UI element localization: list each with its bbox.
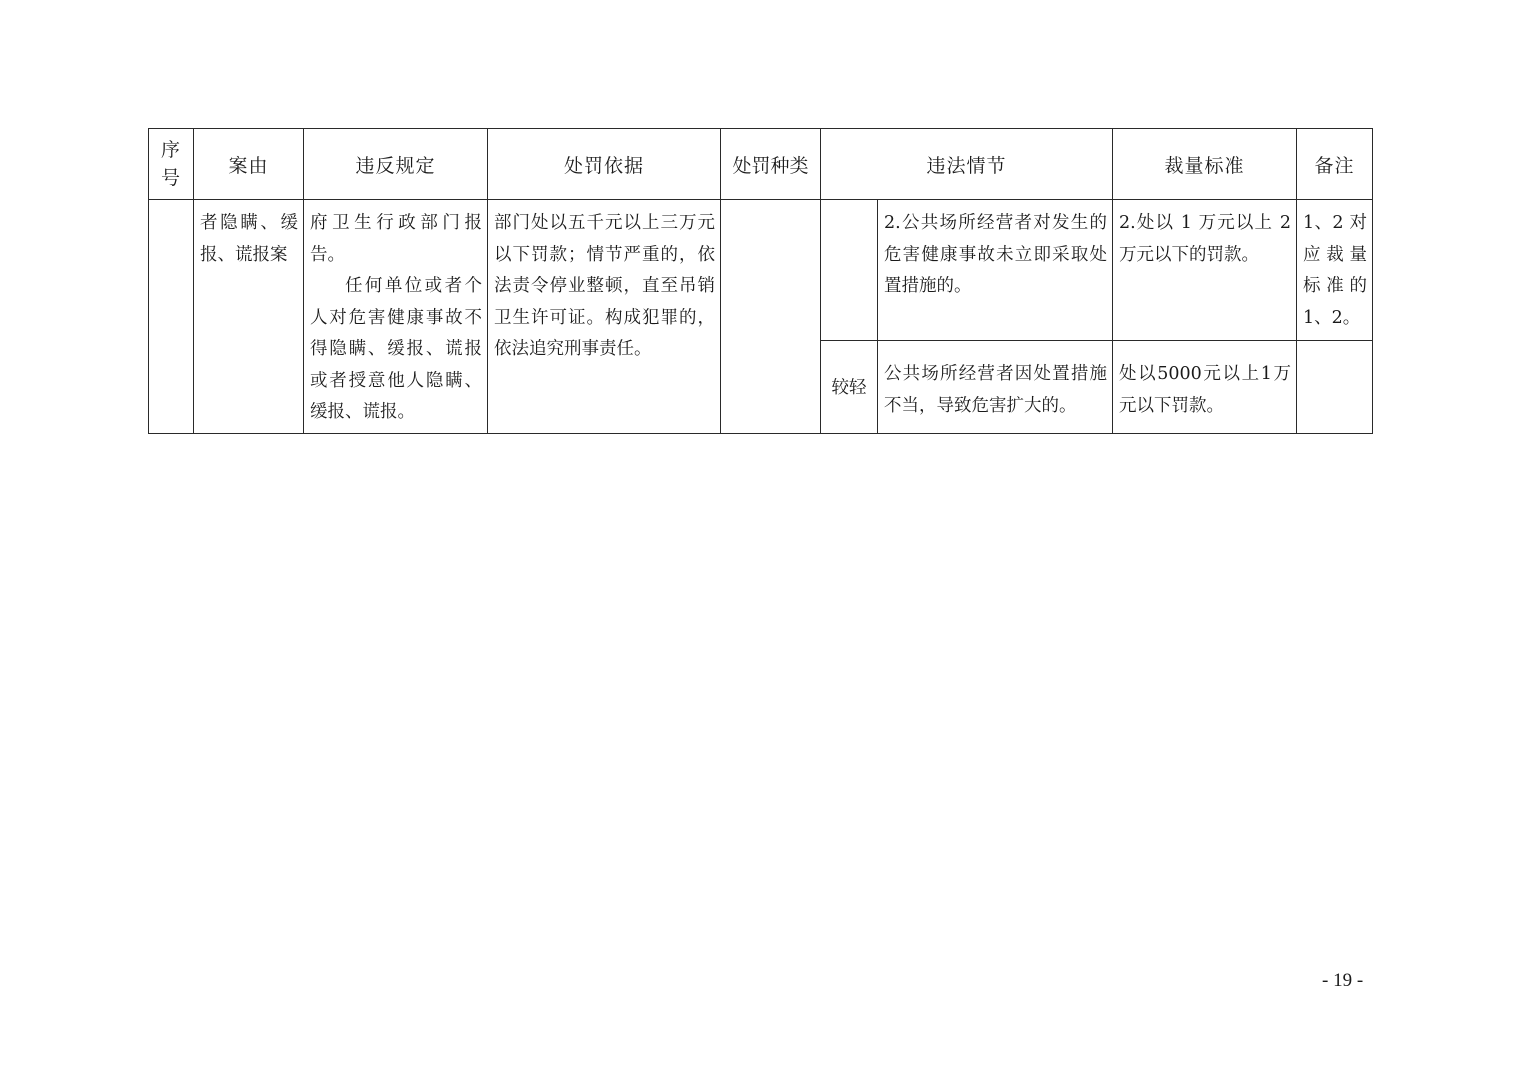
- page-number: - 19 -: [1322, 970, 1363, 992]
- seq-text: [149, 200, 193, 212]
- header-row: 序 号 案由 违反规定 处罚依据 处罚种类 违法情节 裁量标准 备注: [149, 129, 1373, 200]
- penalty-discretion-table: 序 号 案由 违反规定 处罚依据 处罚种类 违法情节 裁量标准 备注 者隐瞒、缓…: [148, 128, 1373, 434]
- header-standard: 裁量标准: [1113, 129, 1297, 200]
- cell-cause: 者隐瞒、缓报、谎报案: [194, 200, 304, 434]
- remarks-text: 1、2 对应裁量标准的 1、2。: [1297, 200, 1372, 338]
- cell-circumstance: 公共场所经营者因处置措施不当，导致危害扩大的。: [878, 341, 1113, 433]
- header-circumstances: 违法情节: [821, 129, 1113, 200]
- cell-penalty-type: [721, 200, 821, 434]
- circumstance-text: 公共场所经营者因处置措施不当，导致危害扩大的。: [878, 341, 1112, 426]
- cell-basis: 部门处以五千元以上三万元以下罚款；情节严重的，依法责令停业整顿，直至吊销卫生许可…: [488, 200, 721, 434]
- header-remarks: 备注: [1297, 129, 1373, 200]
- cell-remarks: [1297, 341, 1373, 433]
- cell-level: 较轻: [821, 341, 878, 433]
- cell-standard: 处以5000元以上1万元以下罚款。: [1113, 341, 1297, 433]
- violation-paragraph-1: 府卫生行政部门报告。: [310, 208, 482, 271]
- penalty-type-text: [721, 200, 820, 212]
- level-text: 较轻: [821, 374, 877, 399]
- header-penalty-type: 处罚种类: [721, 129, 821, 200]
- cell-violation: 府卫生行政部门报告。任何单位或者个人对危害健康事故不得隐瞒、缓报、谎报或者授意他…: [304, 200, 488, 434]
- table-row: 者隐瞒、缓报、谎报案 府卫生行政部门报告。任何单位或者个人对危害健康事故不得隐瞒…: [149, 200, 1373, 341]
- cell-circumstance: 2.公共场所经营者对发生的危害健康事故未立即采取处置措施的。: [878, 200, 1113, 341]
- header-violation: 违反规定: [304, 129, 488, 200]
- violation-paragraph-2: 任何单位或者个人对危害健康事故不得隐瞒、缓报、谎报或者授意他人隐瞒、缓报、谎报。: [310, 271, 482, 429]
- standard-text: 2.处以 1 万元以上 2 万元以下的罚款。: [1113, 200, 1296, 275]
- basis-text: 部门处以五千元以上三万元以下罚款；情节严重的，依法责令停业整顿，直至吊销卫生许可…: [488, 200, 720, 370]
- header-cause: 案由: [194, 129, 304, 200]
- cell-seq: [149, 200, 194, 434]
- table-body: 者隐瞒、缓报、谎报案 府卫生行政部门报告。任何单位或者个人对危害健康事故不得隐瞒…: [149, 200, 1373, 434]
- cause-text: 者隐瞒、缓报、谎报案: [194, 200, 303, 275]
- header-seq: 序 号: [149, 129, 194, 200]
- cell-standard: 2.处以 1 万元以上 2 万元以下的罚款。: [1113, 200, 1297, 341]
- remarks-text: [1297, 341, 1372, 353]
- circumstance-text: 2.公共场所经营者对发生的危害健康事故未立即采取处置措施的。: [878, 200, 1112, 307]
- cell-remarks: 1、2 对应裁量标准的 1、2。: [1297, 200, 1373, 341]
- header-seq-line2: 号: [149, 164, 193, 192]
- header-seq-line1: 序: [149, 136, 193, 164]
- header-basis: 处罚依据: [488, 129, 721, 200]
- table-header: 序 号 案由 违反规定 处罚依据 处罚种类 违法情节 裁量标准 备注: [149, 129, 1373, 200]
- standard-text: 处以5000元以上1万元以下罚款。: [1113, 341, 1296, 426]
- violation-text: 府卫生行政部门报告。任何单位或者个人对危害健康事故不得隐瞒、缓报、谎报或者授意他…: [304, 200, 487, 433]
- cell-level: [821, 200, 878, 341]
